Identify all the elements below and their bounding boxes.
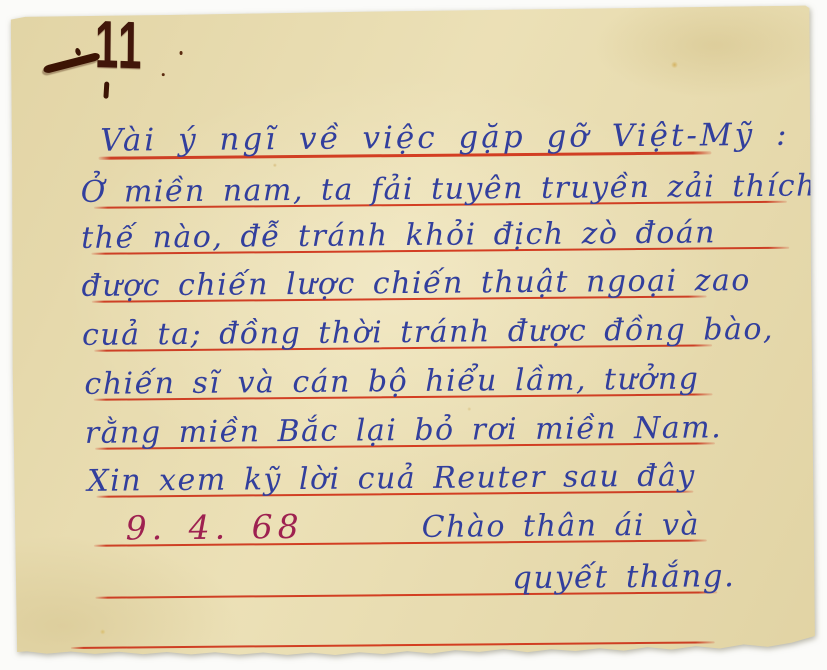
body-line-2: thế nào, đễ tránh khỏi địch zò đoán [81,218,716,254]
closing-line-2: quyết thắng. [512,561,736,594]
body-line-1: Ở miền nam, ta fải tuyên truyền zải thíc… [81,171,817,207]
ruled-line [71,641,715,649]
ink-blot-segment [103,82,109,99]
ink-speck [162,73,165,76]
ink-speck [180,51,183,55]
ink-blot-dash [43,52,101,74]
body-line-5: chiến sĩ và cán bộ hiểu lầm, tưởng [84,364,699,399]
closing-line-1: Chào thân ái và [422,510,700,542]
body-line-3: được chiến lược chiến thuật ngoại zao [81,266,751,302]
body-line-6: rằng miền Bắc lại bỏ rơi miền Nam. [85,413,723,449]
page-corner-mark: 11 [95,12,144,81]
ink-blot-dot [74,47,81,56]
date: 9. 4. 68 [126,510,304,545]
body-line-4: cuả ta; đồng thời tránh được đồng bào, [82,315,774,351]
scan-background: 11 Vài ý ngĩ về việc gặp gỡ Việt-Mỹ : Ở … [0,0,827,670]
body-line-7: Xin xem kỹ lời cuả Reuter sau đây [87,462,696,497]
title-line: Vài ý ngĩ về việc gặp gỡ Việt-Mỹ : [100,120,789,157]
paper-sheet: 11 Vài ý ngĩ về việc gặp gỡ Việt-Mỹ : Ở … [9,6,816,659]
